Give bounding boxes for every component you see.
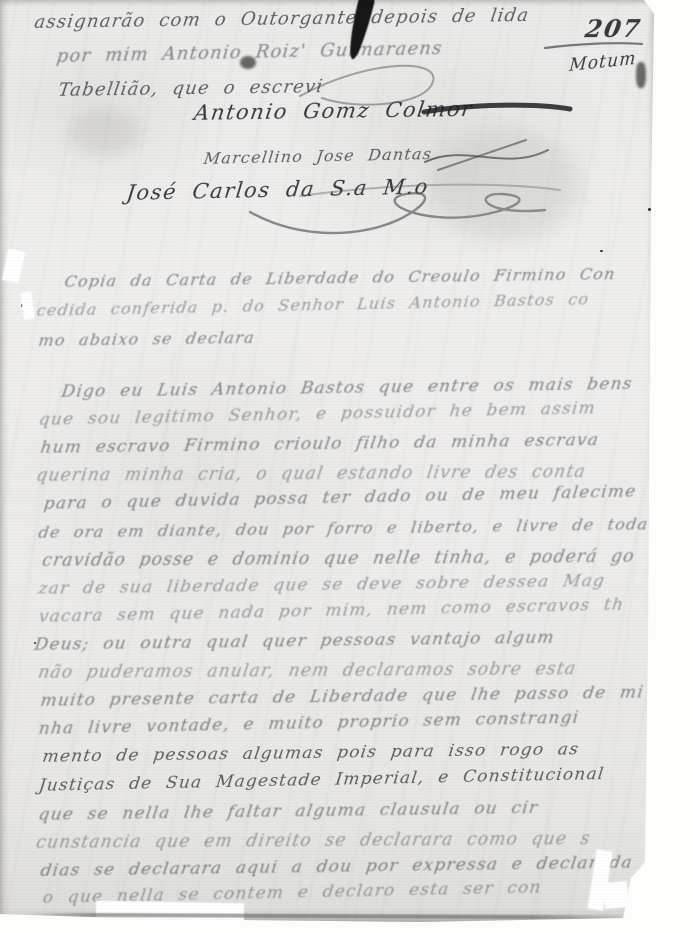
paper-tear	[96, 901, 244, 924]
folio-number: 207	[583, 14, 644, 43]
body-line: dias se declarara aqui a dou por express…	[39, 853, 634, 881]
edge-smudge	[636, 62, 646, 88]
body-line: cunstancia que em direito se declarara c…	[35, 829, 593, 853]
signature: Marcellino Jose Dantas	[203, 144, 434, 168]
body-line: muito presente carta de Liberdade que lh…	[39, 683, 645, 711]
body-line: Deus; ou outra qual quer pessoas vantajo…	[33, 628, 556, 655]
body-line: Justiças de Sua Magestade Imperial, e Co…	[38, 764, 606, 796]
paper-tear	[587, 849, 612, 911]
paper-stain	[430, 130, 580, 240]
body-line: que se nella lhe faltar alguma clausula …	[37, 798, 540, 825]
body-line: cravidão posse e dominio que nelle tinha…	[41, 547, 637, 571]
ink-smudge	[240, 56, 256, 69]
speck	[12, 260, 14, 263]
header-line: por mim Antonio Roiz' Guimaraens	[55, 38, 443, 67]
header-line: Tabellião, que o escrevi	[57, 76, 325, 101]
body-line: o que nella se contem e declaro esta ser…	[42, 878, 543, 909]
paper-tear	[20, 291, 35, 319]
margin-note: Motum	[569, 49, 638, 76]
paper-stain	[70, 110, 140, 155]
ink-bleed-texture	[0, 0, 658, 924]
body-line: Digo eu Luis Antonio Bastos que entre os…	[60, 374, 634, 402]
speck	[21, 304, 24, 307]
ink-blot	[344, 0, 375, 61]
caption-line: cedida conferida p. do Senhor Luis Anton…	[36, 289, 591, 320]
fold-shadow	[28, 913, 624, 920]
body-line: mento de pessoas algumas pois para isso …	[41, 740, 580, 768]
body-line: querina minha cria, o qual estando livre…	[35, 462, 588, 486]
header-line: assignarão com o Outorgante depois de li…	[33, 5, 531, 33]
speck	[34, 642, 36, 644]
signature-flourishes	[0, 0, 693, 933]
body-line: hum escravo Firmino crioulo filho da min…	[39, 430, 600, 458]
body-line: nha livre vontade, e muito proprio sem c…	[38, 708, 581, 739]
caption-line: mo abaixo se declara	[37, 328, 256, 350]
paper-tear	[603, 881, 629, 909]
speck	[648, 208, 651, 211]
signature: José Carlos da S.a M.o	[125, 175, 430, 205]
paper-tear	[2, 249, 25, 284]
caption-line: Copia da Carta de Liberdade do Creoulo F…	[63, 264, 617, 291]
body-line: que sou legitimo Senhor, e possuidor he …	[38, 398, 598, 430]
body-line: de ora em diante, dou por forro e libert…	[37, 514, 693, 542]
speck	[600, 250, 603, 252]
body-line: não puderamos anular, nem declaramos sob…	[37, 659, 578, 683]
manuscript-scan: assignarão com o Outorgante depois de li…	[0, 0, 693, 933]
body-line: vacara sem que nada por mim, nem como es…	[38, 595, 626, 627]
body-line: para o que duvida possa ter dado ou de m…	[43, 482, 638, 514]
manuscript-page: assignarão com o Outorgante depois de li…	[0, 0, 658, 924]
signature: Antonio Gomz Colmor	[193, 97, 475, 125]
body-line: zar de sua liberdade que se deve sobre d…	[37, 571, 606, 599]
